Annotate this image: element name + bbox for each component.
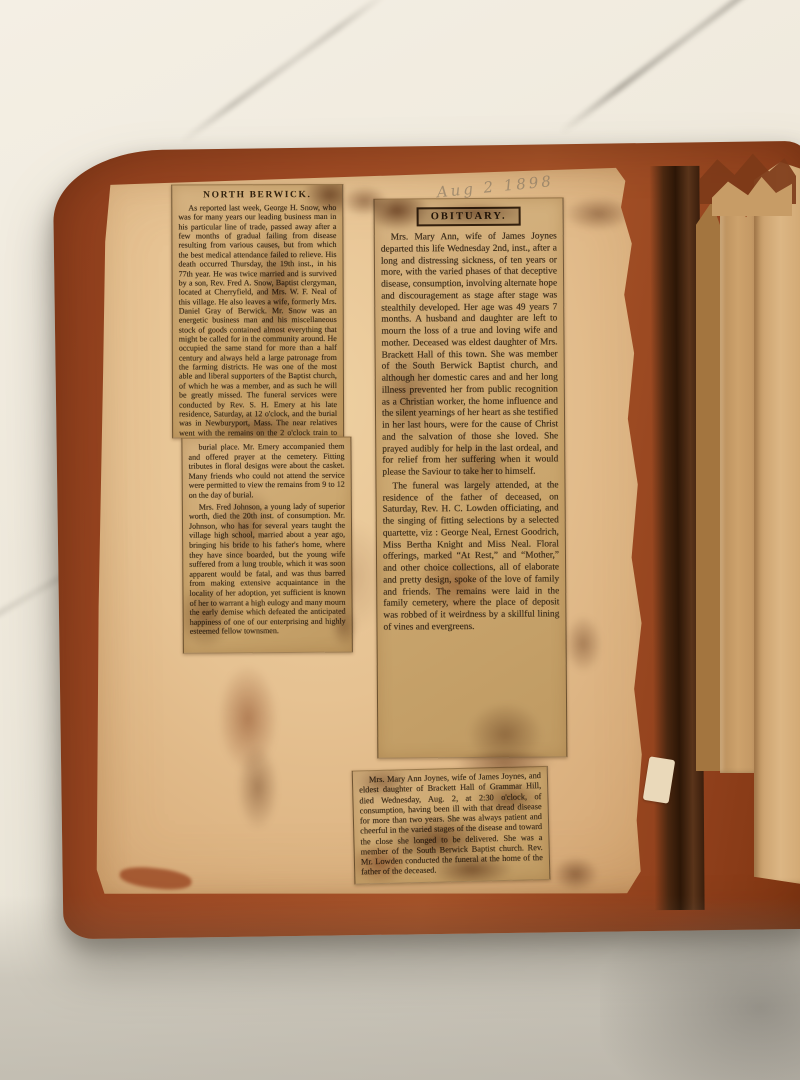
marble-vein <box>558 0 800 135</box>
marble-vein <box>178 0 392 145</box>
stain <box>205 643 291 794</box>
clipping-burial-continuation: burial place. Mr. Emery accompanied them… <box>181 437 353 654</box>
scrapbook-page: Aug 2 1898 NORTH BERWICK. As reported la… <box>84 163 670 899</box>
marble-vein <box>0 0 283 15</box>
clipping-text: Mrs. Fred Johnson, a young lady of super… <box>189 501 346 636</box>
clipping-text: As reported last week, George H. Snow, w… <box>178 203 337 439</box>
clipping-title: NORTH BERWICK. <box>178 190 336 201</box>
page-corner-chip <box>119 864 193 892</box>
stain <box>228 727 287 848</box>
clipping-text: The funeral was largely attended, at the… <box>382 480 559 634</box>
clipping-text: Mrs. Mary Ann, wife of James Joynes depa… <box>381 231 559 479</box>
obituary-header: OBITUARY. <box>417 207 521 227</box>
clipping-obituary: OBITUARY. Mrs. Mary Ann, wife of James J… <box>373 197 567 758</box>
clipping-text: Mrs. Mary Ann Joynes, wife of James Joyn… <box>359 771 543 878</box>
adjacent-page-edge <box>754 162 800 884</box>
clipping-text: burial place. Mr. Emery accompanied them… <box>188 442 344 501</box>
clipping-joynes-summary: Mrs. Mary Ann Joynes, wife of James Joyn… <box>352 766 551 885</box>
stain <box>543 850 607 899</box>
page-edge-strip <box>696 196 722 771</box>
stain <box>453 689 557 758</box>
clipping-north-berwick: NORTH BERWICK. As reported last week, Ge… <box>171 184 344 439</box>
